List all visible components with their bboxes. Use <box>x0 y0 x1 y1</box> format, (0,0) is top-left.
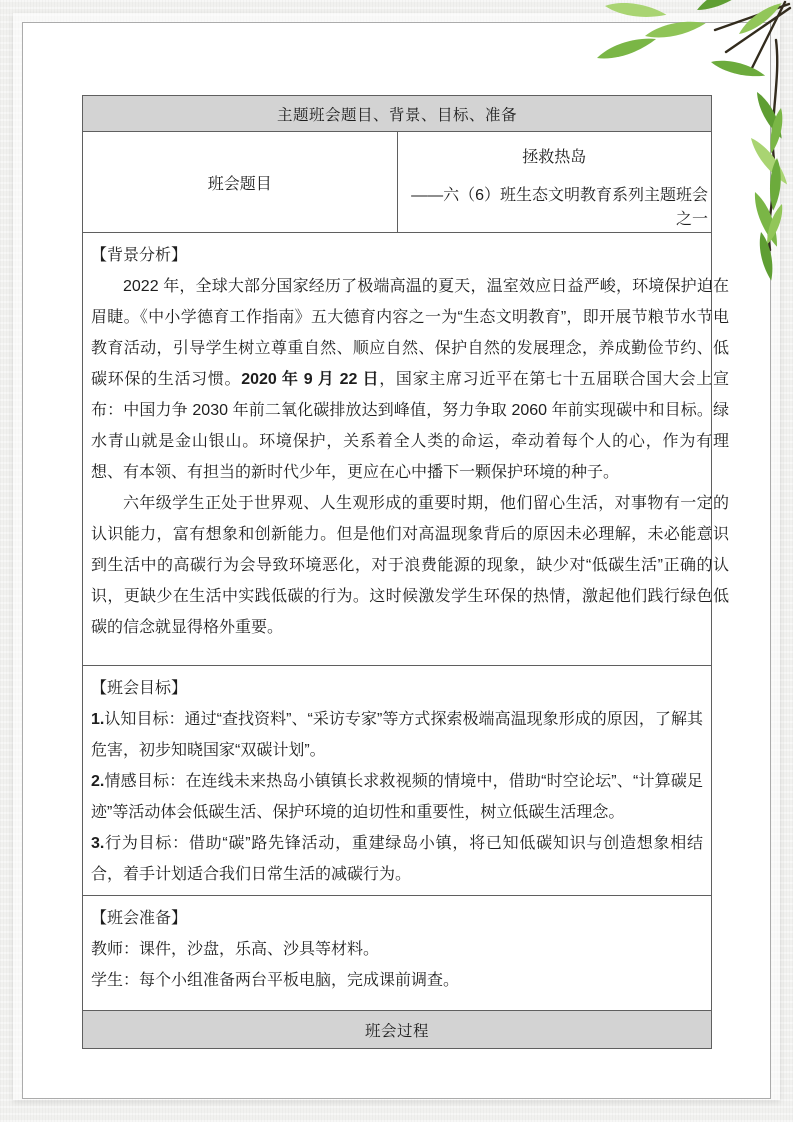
background-p1-bold-date: 2020 年 9 月 22 日 <box>241 371 379 388</box>
goal-item-2: 2.情感目标：在连线未来热岛小镇镇长求救视频的情境中，借助“时空论坛”、“计算碳… <box>91 766 703 828</box>
preparation-student-line: 学生：每个小组准备两台平板电脑，完成课前调查。 <box>91 965 703 996</box>
goal-1-number: 1. <box>91 711 104 728</box>
goal-2-text: 情感目标：在连线未来热岛小镇镇长求救视频的情境中，借助“时空论坛”、“计算碳足迹… <box>91 773 703 821</box>
goal-1-text: 认知目标：通过“查找资料”、“采访专家”等方式探索极端高温现象形成的原因，了解其… <box>91 711 703 759</box>
goal-2-number: 2. <box>91 773 104 790</box>
class-meeting-title: 拯救热岛 <box>398 146 712 170</box>
document-page: { "document": { "table": { "section_head… <box>0 0 793 1122</box>
goals-heading: 【班会目标】 <box>91 673 703 704</box>
preparation-cell: 【班会准备】 教师：课件，沙盘，乐高、沙具等材料。 学生：每个小组准备两台平板电… <box>83 896 712 1011</box>
preparation-heading: 【班会准备】 <box>91 903 703 934</box>
process-header-cell: 班会过程 <box>83 1011 712 1049</box>
background-paragraph-2: 六年级学生正处于世界观、人生观形成的重要时期，他们留心生活，对事物有一定的认识能… <box>91 488 729 643</box>
topic-row: 班会题目 拯救热岛 ——六（6）班生态文明教育系列主题班会之一 <box>83 132 712 233</box>
goal-3-number: 3. <box>91 835 104 852</box>
preparation-row: 【班会准备】 教师：课件，沙盘，乐高、沙具等材料。 学生：每个小组准备两台平板电… <box>83 896 712 1011</box>
topic-label-cell: 班会题目 <box>83 132 398 233</box>
preparation-teacher-line: 教师：课件，沙盘，乐高、沙具等材料。 <box>91 934 703 965</box>
goals-cell: 【班会目标】 1.认知目标：通过“查找资料”、“采访专家”等方式探索极端高温现象… <box>83 666 712 896</box>
background-heading: 【背景分析】 <box>91 240 703 271</box>
goals-row: 【班会目标】 1.认知目标：通过“查找资料”、“采访专家”等方式探索极端高温现象… <box>83 666 712 896</box>
lesson-plan-table: 主题班会题目、背景、目标、准备 班会题目 拯救热岛 ——六（6）班生态文明教育系… <box>82 95 712 1049</box>
goal-item-1: 1.认知目标：通过“查找资料”、“采访专家”等方式探索极端高温现象形成的原因，了… <box>91 704 703 766</box>
section-header-row: 主题班会题目、背景、目标、准备 <box>83 96 712 132</box>
goal-3-text: 行为目标：借助“碳”路先锋活动，重建绿岛小镇，将已知低碳知识与创造想象相结合，着… <box>91 835 703 883</box>
section-header-cell: 主题班会题目、背景、目标、准备 <box>83 96 712 132</box>
process-header-row: 班会过程 <box>83 1011 712 1049</box>
goal-item-3: 3.行为目标：借助“碳”路先锋活动，重建绿岛小镇，将已知低碳知识与创造想象相结合… <box>91 828 703 890</box>
process-header-text: 班会过程 <box>365 1023 429 1040</box>
background-row: 【背景分析】 2022 年，全球大部分国家经历了极端高温的夏天，温室效应日益严峻… <box>83 233 712 666</box>
class-meeting-subtitle: ——六（6）班生态文明教育系列主题班会之一 <box>398 184 712 232</box>
topic-label-text: 班会题目 <box>208 176 272 193</box>
background-cell: 【背景分析】 2022 年，全球大部分国家经历了极端高温的夏天，温室效应日益严峻… <box>83 233 712 666</box>
topic-value-cell: 拯救热岛 ——六（6）班生态文明教育系列主题班会之一 <box>397 132 712 233</box>
section-header-text: 主题班会题目、背景、目标、准备 <box>277 107 517 124</box>
background-paragraph-1: 2022 年，全球大部分国家经历了极端高温的夏天，温室效应日益严峻，环境保护迫在… <box>91 271 729 488</box>
